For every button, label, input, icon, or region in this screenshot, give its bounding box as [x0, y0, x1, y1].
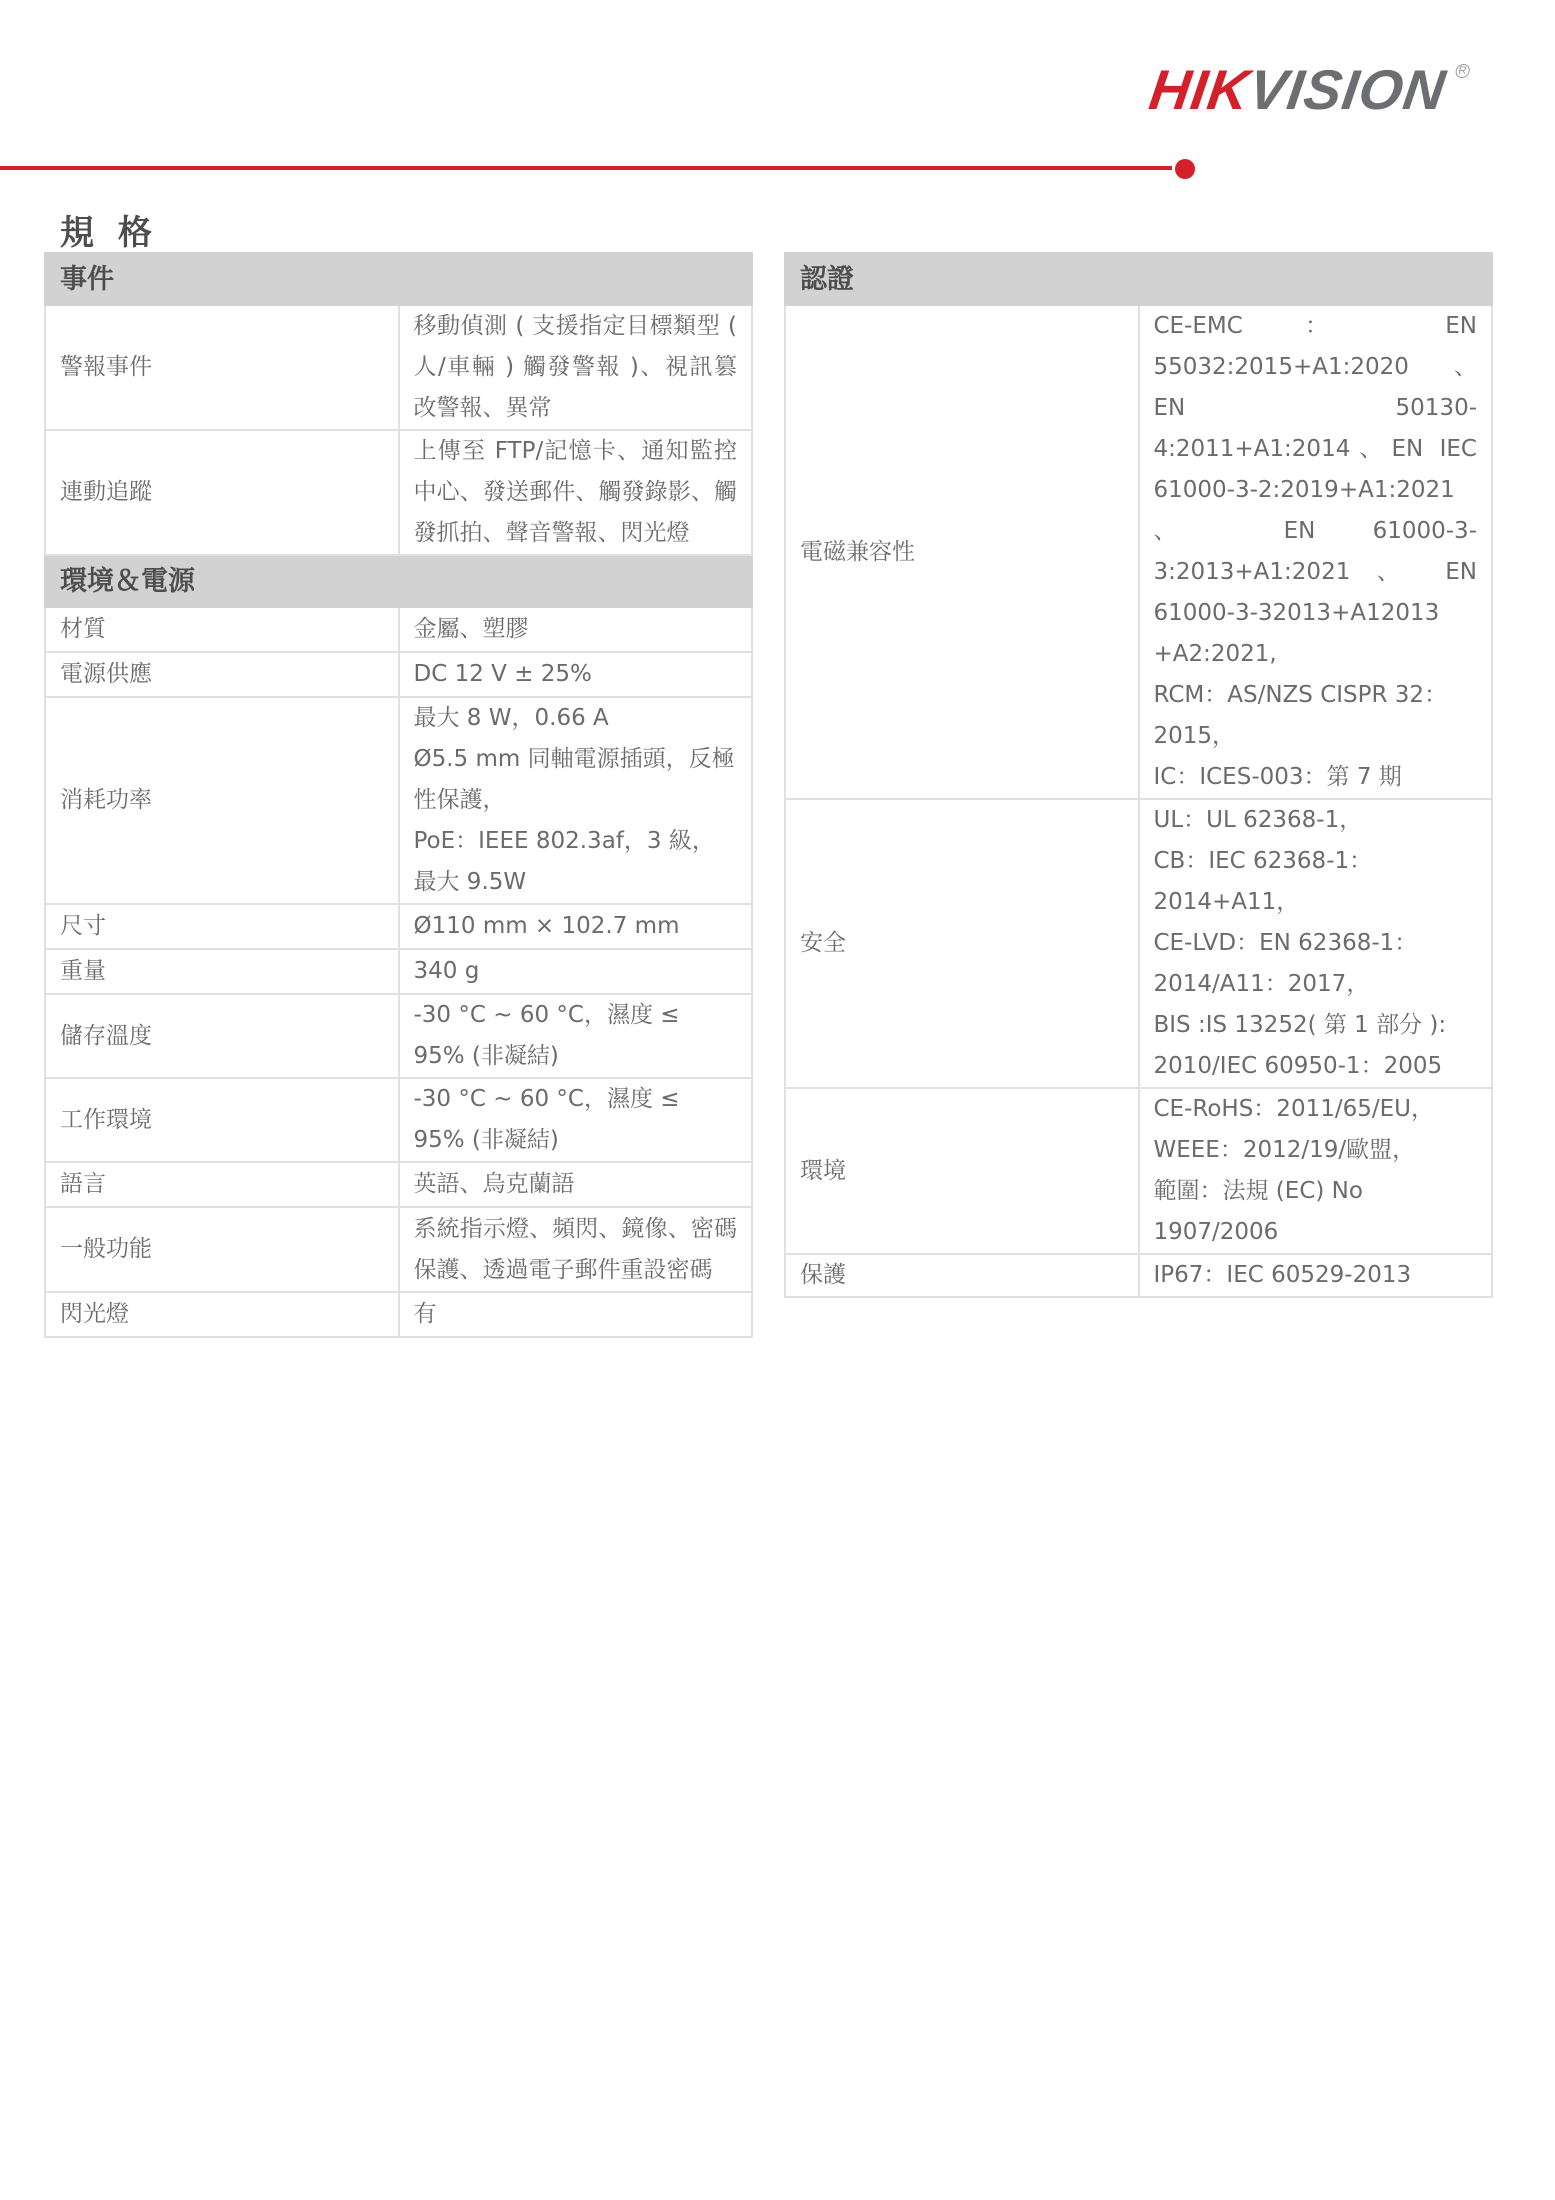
row-value: 移動偵測 ( 支援指定目標類型 ( 人/車輛 ) 觸發警報 )、視訊篡改警報、異… — [399, 305, 753, 430]
section-title: 事件 — [45, 253, 752, 305]
section-header-certification: 認證 — [785, 253, 1492, 305]
section-title: 環境＆電源 — [45, 555, 752, 607]
row-value: -30 °C ~ 60 °C，濕度 ≤ 95% (非凝結) — [399, 1078, 753, 1162]
table-row: 語言 英語、烏克蘭語 — [45, 1162, 752, 1207]
row-label: 材質 — [45, 607, 399, 652]
value-line: Ø5.5 mm 同軸電源插頭，反極性保護， — [414, 739, 738, 821]
table-row: 警報事件 移動偵測 ( 支援指定目標類型 ( 人/車輛 ) 觸發警報 )、視訊篡… — [45, 305, 752, 430]
value-line: BIS :IS 13252( 第 1 部分 ): 2010/IEC 60950-… — [1154, 1005, 1478, 1087]
row-label: 安全 — [785, 799, 1139, 1088]
value-line: RCM：AS/NZS CISPR 32：2015， — [1154, 675, 1478, 757]
row-value: 英語、烏克蘭語 — [399, 1162, 753, 1207]
table-row: 電源供應 DC 12 V ± 25% — [45, 652, 752, 697]
row-value: 有 — [399, 1292, 753, 1337]
hikvision-logo: HIKVISION R — [1146, 60, 1450, 120]
spec-table-left: 事件 警報事件 移動偵測 ( 支援指定目標類型 ( 人/車輛 ) 觸發警報 )、… — [44, 252, 753, 1338]
value-line: CE-EMC ： EN 55032:2015+A1:2020 、 EN 5013… — [1154, 306, 1478, 675]
table-row: 環境 CE-RoHS：2011/65/EU， WEEE：2012/19/歐盟， … — [785, 1088, 1492, 1254]
row-label: 電源供應 — [45, 652, 399, 697]
row-value: DC 12 V ± 25% — [399, 652, 753, 697]
row-label: 重量 — [45, 949, 399, 994]
row-value: 金屬、塑膠 — [399, 607, 753, 652]
value-line: UL：UL 62368-1， — [1154, 800, 1478, 841]
section-header-events: 事件 — [45, 253, 752, 305]
row-label: 連動追蹤 — [45, 430, 399, 555]
row-label: 保護 — [785, 1254, 1139, 1297]
table-row: 材質 金屬、塑膠 — [45, 607, 752, 652]
registered-trademark-icon: R — [1455, 64, 1471, 78]
row-label: 一般功能 — [45, 1207, 399, 1292]
value-line: IC：ICES-003：第 7 期 — [1154, 757, 1478, 798]
value-line: 範圍：法規 (EC) No 1907/2006 — [1154, 1171, 1478, 1253]
row-value: Ø110 mm × 102.7 mm — [399, 904, 753, 949]
table-row: 儲存溫度 -30 °C ~ 60 °C，濕度 ≤ 95% (非凝結) — [45, 994, 752, 1078]
header-divider-dot — [1175, 159, 1195, 179]
page-title: 規 格 — [60, 205, 158, 254]
row-value: CE-RoHS：2011/65/EU， WEEE：2012/19/歐盟， 範圍：… — [1139, 1088, 1493, 1254]
row-label: 消耗功率 — [45, 697, 399, 904]
table-row: 連動追蹤 上傳至 FTP/記憶卡、通知監控中心、發送郵件、觸發錄影、觸發抓拍、聲… — [45, 430, 752, 555]
table-row: 消耗功率 最大 8 W，0.66 A Ø5.5 mm 同軸電源插頭，反極性保護，… — [45, 697, 752, 904]
section-title: 認證 — [785, 253, 1492, 305]
row-value: UL：UL 62368-1， CB：IEC 62368-1：2014+A11， … — [1139, 799, 1493, 1088]
value-line: CE-LVD：EN 62368-1：2014/A11：2017， — [1154, 923, 1478, 1005]
value-line: PoE：IEEE 802.3af，3 級，最大 9.5W — [414, 821, 738, 903]
value-line: CB：IEC 62368-1：2014+A11， — [1154, 841, 1478, 923]
row-value: -30 °C ~ 60 °C，濕度 ≤ 95% (非凝結) — [399, 994, 753, 1078]
table-row: 閃光燈 有 — [45, 1292, 752, 1337]
logo-vision: VISION — [1245, 58, 1450, 121]
logo-hik: HIK — [1146, 58, 1254, 121]
row-label: 閃光燈 — [45, 1292, 399, 1337]
table-row: 電磁兼容性 CE-EMC ： EN 55032:2015+A1:2020 、 E… — [785, 305, 1492, 799]
value-line: WEEE：2012/19/歐盟， — [1154, 1130, 1478, 1171]
table-row: 重量 340 g — [45, 949, 752, 994]
row-label: 尺寸 — [45, 904, 399, 949]
row-value: 最大 8 W，0.66 A Ø5.5 mm 同軸電源插頭，反極性保護， PoE：… — [399, 697, 753, 904]
row-value: 340 g — [399, 949, 753, 994]
row-value: 系統指示燈、頻閃、鏡像、密碼保護、透過電子郵件重設密碼 — [399, 1207, 753, 1292]
row-label: 環境 — [785, 1088, 1139, 1254]
row-label: 儲存溫度 — [45, 994, 399, 1078]
row-label: 語言 — [45, 1162, 399, 1207]
value-line: 最大 8 W，0.66 A — [414, 698, 738, 739]
spec-table-right: 認證 電磁兼容性 CE-EMC ： EN 55032:2015+A1:2020 … — [784, 252, 1493, 1298]
row-value: CE-EMC ： EN 55032:2015+A1:2020 、 EN 5013… — [1139, 305, 1493, 799]
row-label: 工作環境 — [45, 1078, 399, 1162]
row-label: 電磁兼容性 — [785, 305, 1139, 799]
table-row: 保護 IP67：IEC 60529-2013 — [785, 1254, 1492, 1297]
value-line: CE-RoHS：2011/65/EU， — [1154, 1089, 1478, 1130]
header-divider-line — [0, 166, 1172, 170]
table-row: 安全 UL：UL 62368-1， CB：IEC 62368-1：2014+A1… — [785, 799, 1492, 1088]
row-label: 警報事件 — [45, 305, 399, 430]
table-row: 一般功能 系統指示燈、頻閃、鏡像、密碼保護、透過電子郵件重設密碼 — [45, 1207, 752, 1292]
row-value: IP67：IEC 60529-2013 — [1139, 1254, 1493, 1297]
section-header-environment-power: 環境＆電源 — [45, 555, 752, 607]
table-row: 尺寸 Ø110 mm × 102.7 mm — [45, 904, 752, 949]
table-row: 工作環境 -30 °C ~ 60 °C，濕度 ≤ 95% (非凝結) — [45, 1078, 752, 1162]
row-value: 上傳至 FTP/記憶卡、通知監控中心、發送郵件、觸發錄影、觸發抓拍、聲音警報、閃… — [399, 430, 753, 555]
